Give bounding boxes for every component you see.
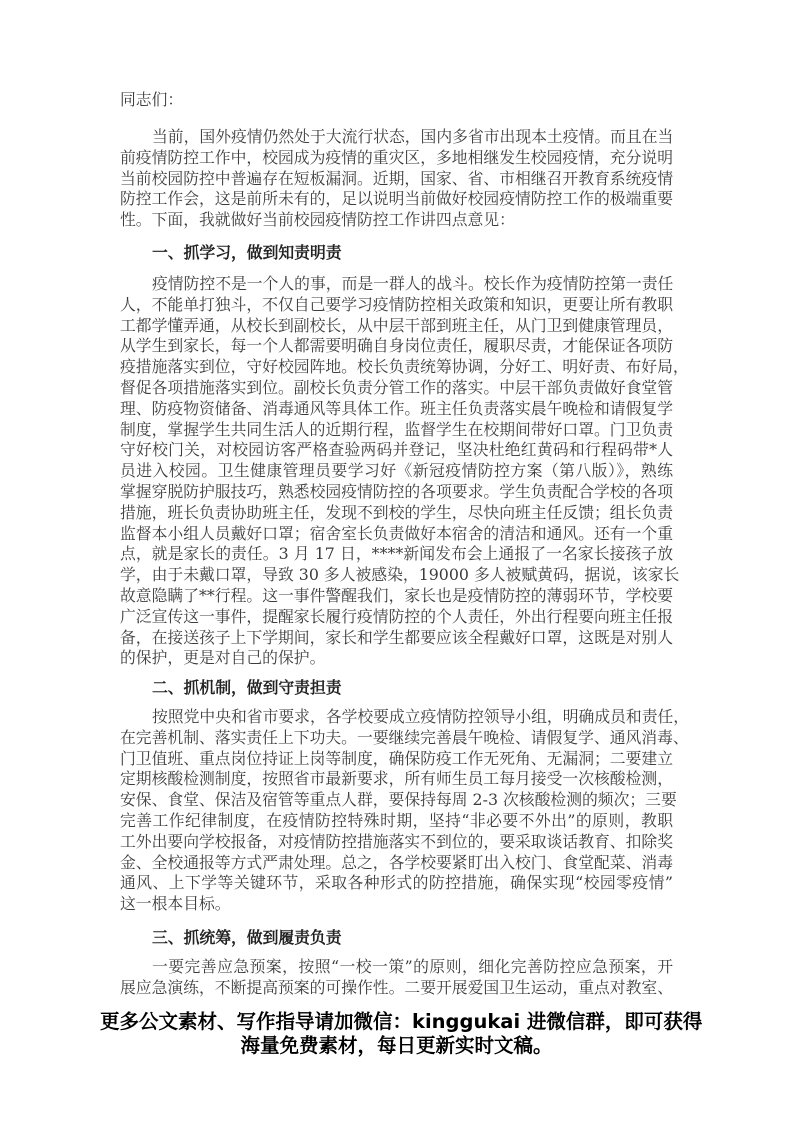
text-line: 这一根本目标。: [120, 894, 673, 915]
text-line: 工都学懂弄通，从校长到副校长，从中层干部到班主任，从门卫到健康管理员，: [120, 316, 673, 337]
text-line: 按照党中央和省市要求，各学校要成立疫情防控领导小组，明确成员和责任，: [120, 707, 673, 728]
text-line: 一要完善应急预案，按照“一校一策”的原则，细化完善防控应急预案，开: [120, 957, 673, 978]
text-line: 的保护，更是对自己的保护。: [120, 648, 673, 669]
text-line: 安保、食堂、保洁及宿管等重点人群，要保持每周 2-3 次核酸检测的频次；三要: [120, 790, 673, 811]
text-line: 人，不能单打独斗，不仅自己要学习疫情防控相关政策和知识，更要让所有教职: [120, 295, 673, 316]
section-heading: 一、抓学习，做到知责明责: [120, 243, 673, 264]
text-line: 制度，掌握学生共同生活人的近期行程，监督学生在校期间带好口罩。门卫负责: [120, 420, 673, 441]
text-line: 当前，国外疫情仍然处于大流行状态，国内多省市出现本土疫情。而且在当: [120, 127, 673, 148]
text-line: 监督本小组人员戴好口罩；宿舍室长负责做好本宿舍的清洁和通风。还有一个重: [120, 524, 673, 545]
section-3-heading-block: 三、抓统筹，做到履责负责: [120, 928, 673, 949]
section-heading: 三、抓统筹，做到履责负责: [120, 928, 673, 949]
text-line: 措施，班长负责协助班主任，发现不到校的学生，尽快向班主任反馈；组长负责: [120, 503, 673, 524]
text-line: 守好校门关，对校园访客严格查验两码并登记，坚决杜绝红黄码和行程码带*人: [120, 440, 673, 461]
text-line: 当前校园防控中普遍存在短板漏洞。近期，国家、省、市相继召开教育系统疫情: [120, 169, 673, 190]
section-1-paragraph: 疫情防控不是一个人的事，而是一群人的战斗。校长作为疫情防控第一责任 人，不能单打…: [120, 274, 673, 669]
text-line: 点，就是家长的责任。3 月 17 日，****新闻发布会上通报了一名家长接孩子放: [120, 544, 673, 565]
text-line: 前疫情防控工作中，校园成为疫情的重灾区，多地相继发生校园疫情，充分说明: [120, 148, 673, 169]
text-line: 性。下面，我就做好当前校园疫情防控工作讲四点意见：: [120, 210, 673, 231]
text-line: 督促各项措施落实到位。副校长负责分管工作的落实。中层干部负责做好食堂管: [120, 378, 673, 399]
footer-line: 更多公文素材、写作指导请加微信：kinggukai 进微信群，即可获得: [100, 1010, 693, 1034]
footer-line: 海量免费素材，每日更新实时文稿。: [100, 1034, 693, 1058]
text-line: 广泛宣传这一事件，提醒家长履行疫情防控的个人责任，外出行程要向班主任报: [120, 607, 673, 628]
text-line: 工外出要向学校报备，对疫情防控措施落实不到位的，要采取谈话教育、扣除奖: [120, 832, 673, 853]
text-line: 展应急演练，不断提高预案的可操作性。二要开展爱国卫生运动，重点对教室、: [120, 978, 673, 999]
text-line: 学，由于未戴口罩，导致 30 多人被感染，19000 多人被赋黄码，据说，该家长: [120, 565, 673, 586]
text-line: 疫情防控不是一个人的事，而是一群人的战斗。校长作为疫情防控第一责任: [120, 274, 673, 295]
document-page: 同志们： 当前，国外疫情仍然处于大流行状态，国内多省市出现本土疫情。而且在当 前…: [0, 0, 793, 1122]
salutation-block: 同志们：: [120, 90, 673, 111]
section-2-heading-block: 二、抓机制，做到守责担责: [120, 678, 673, 699]
section-3-paragraph: 一要完善应急预案，按照“一校一策”的原则，细化完善防控应急预案，开 展应急演练，…: [120, 957, 673, 999]
text-line: 定期核酸检测制度，按照省市最新要求，所有师生员工每月接受一次核酸检测，: [120, 769, 673, 790]
text-line: 理、防疫物资储备、消毒通风等具体工作。班主任负责落实晨午晚检和请假复学: [120, 399, 673, 420]
text-line: 故意隐瞒了**行程。这一事件警醒我们，家长也是疫情防控的薄弱环节，学校要: [120, 586, 673, 607]
section-2-paragraph: 按照党中央和省市要求，各学校要成立疫情防控领导小组，明确成员和责任， 在完善机制…: [120, 707, 673, 915]
text-line: 防控工作会，这是前所未有的，足以说明当前做好校园疫情防控工作的极端重要: [120, 189, 673, 210]
text-line: 金、全校通报等方式严肃处理。总之，各学校要紧盯出入校门、食堂配菜、消毒: [120, 853, 673, 874]
text-line: 通风、上下学等关键环节，采取各种形式的防控措施，确保实现“校园零疫情”: [120, 873, 673, 894]
text-line: 员进入校园。卫生健康管理员要学习好《新冠疫情防控方案（第八版）》，熟练: [120, 461, 673, 482]
footer-promo: 更多公文素材、写作指导请加微信：kinggukai 进微信群，即可获得 海量免费…: [100, 1010, 693, 1058]
section-1-heading-block: 一、抓学习，做到知责明责: [120, 243, 673, 264]
text-line: 完善工作纪律制度，在疫情防控特殊时期，坚持“非必要不外出”的原则，教职: [120, 811, 673, 832]
section-heading: 二、抓机制，做到守责担责: [120, 678, 673, 699]
text-line: 门卫值班、重点岗位持证上岗等制度，确保防疫工作无死角、无漏洞；二要建立: [120, 749, 673, 770]
salutation: 同志们：: [120, 90, 673, 111]
text-line: 疫措施落实到位，守好校园阵地。校长负责统筹协调，分好工、明好责、布好局，: [120, 357, 673, 378]
text-line: 备，在接送孩子上下学期间，家长和学生都要应该全程戴好口罩，这既是对别人: [120, 628, 673, 649]
text-line: 从学生到家长，每一个人都需要明确自身岗位责任，履职尽责，才能保证各项防: [120, 336, 673, 357]
text-line: 在完善机制、落实责任上下功夫。一要继续完善晨午晚检、请假复学、通风消毒、: [120, 728, 673, 749]
text-line: 掌握穿脱防护服技巧，熟悉校园疫情防控的各项要求。学生负责配合学校的各项: [120, 482, 673, 503]
intro-paragraph: 当前，国外疫情仍然处于大流行状态，国内多省市出现本土疫情。而且在当 前疫情防控工…: [120, 127, 673, 231]
